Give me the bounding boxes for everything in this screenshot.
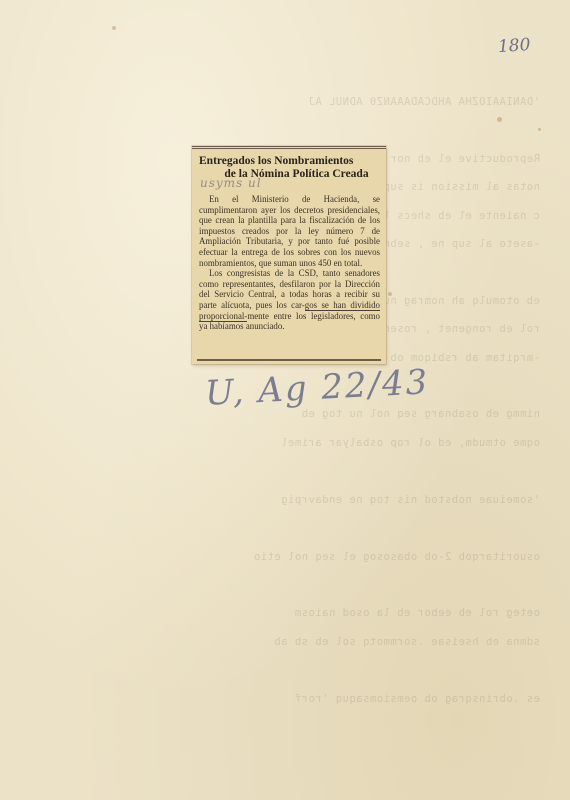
document-page: 'DANIAAIOZHA AHDCADAAANZ0 ADNUL AJ Repro… bbox=[0, 0, 570, 800]
headline-line-1: Entregados los Nombramientos bbox=[199, 155, 380, 168]
clipping-paragraph-1: En el Ministerio de Hacienda, se cumplim… bbox=[199, 194, 380, 268]
stain-spot bbox=[497, 117, 502, 122]
newspaper-clipping: Entregados los Nombramientos de la Nómin… bbox=[192, 146, 386, 364]
stain-spot bbox=[388, 292, 392, 296]
clipping-paragraph-2: Los congresistas de la CSD, tanto senado… bbox=[199, 268, 380, 332]
clipping-body: En el Ministerio de Hacienda, se cumplim… bbox=[199, 194, 380, 332]
stain-spot bbox=[538, 128, 541, 131]
pencil-annotation: usyms ul bbox=[200, 176, 262, 190]
stain-spot bbox=[112, 26, 116, 30]
clipping-bottom-rule bbox=[197, 359, 381, 361]
handwritten-page-number: 180 bbox=[497, 35, 531, 57]
